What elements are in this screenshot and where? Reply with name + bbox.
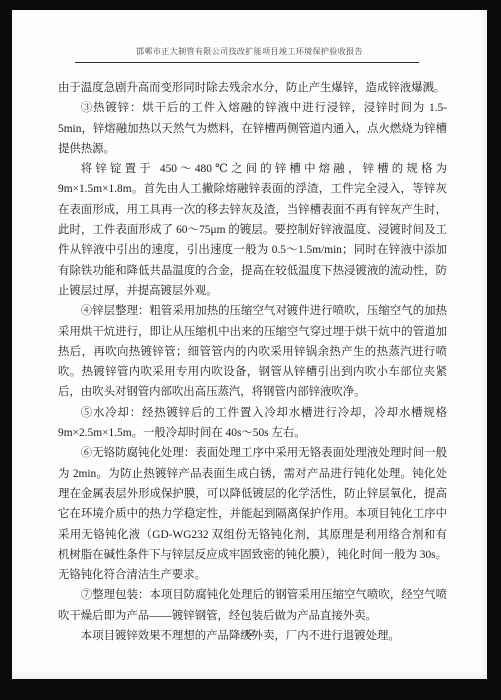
body-paragraph: 由于温度急剧升高而变形同时除去残余水分，防止产生爆锌，造成锌液爆溅。 (58, 78, 447, 98)
document-page: 邯郸市正大制管有限公司技改扩能项目竣工环境保护验收报告 由于温度急剧升高而变形同… (12, 10, 487, 679)
screenshot-root: { "colors": { "frame": "#0b0b0b", "paper… (0, 0, 501, 700)
document-body: 由于温度急剧升高而变形同时除去残余水分，防止产生爆锌，造成锌液爆溅。 ③热镀锌：… (58, 78, 447, 646)
header-rule (75, 62, 419, 63)
page-header: 邯郸市正大制管有限公司技改扩能项目竣工环境保护验收报告 (12, 10, 487, 63)
body-paragraph: ④锌层整理：粗管采用加热的压缩空气对镀件进行喷吹，压缩空气的加热采用烘干炕进行，… (58, 301, 447, 402)
body-paragraph: ③热镀锌：烘干后的工件入熔融的锌液中进行浸锌，浸锌时间为 1.5-5min，锌熔… (58, 98, 447, 159)
body-paragraph: ⑤水冷却：经热镀锌后的工件置入冷却水槽进行冷却，冷却水槽规格 9m×2.5m×1… (58, 403, 447, 444)
body-paragraph: ⑥无铬防腐钝化处理：表面处理工序中采用无铬表面处理液处理时间一般为 2min。为… (58, 443, 447, 585)
page-number: 12 (12, 629, 487, 639)
body-paragraph: ⑦整理包装：本项目防腐钝化处理后的钢管采用压缩空气喷吹，经空气喷吹干燥后即为产品… (58, 585, 447, 626)
header-title: 邯郸市正大制管有限公司技改扩能项目竣工环境保护验收报告 (136, 47, 363, 57)
body-paragraph: 将锌锭置于 450～480℃之间的锌槽中熔融，锌槽的规格为 9m×1.5m×1.… (58, 159, 447, 301)
